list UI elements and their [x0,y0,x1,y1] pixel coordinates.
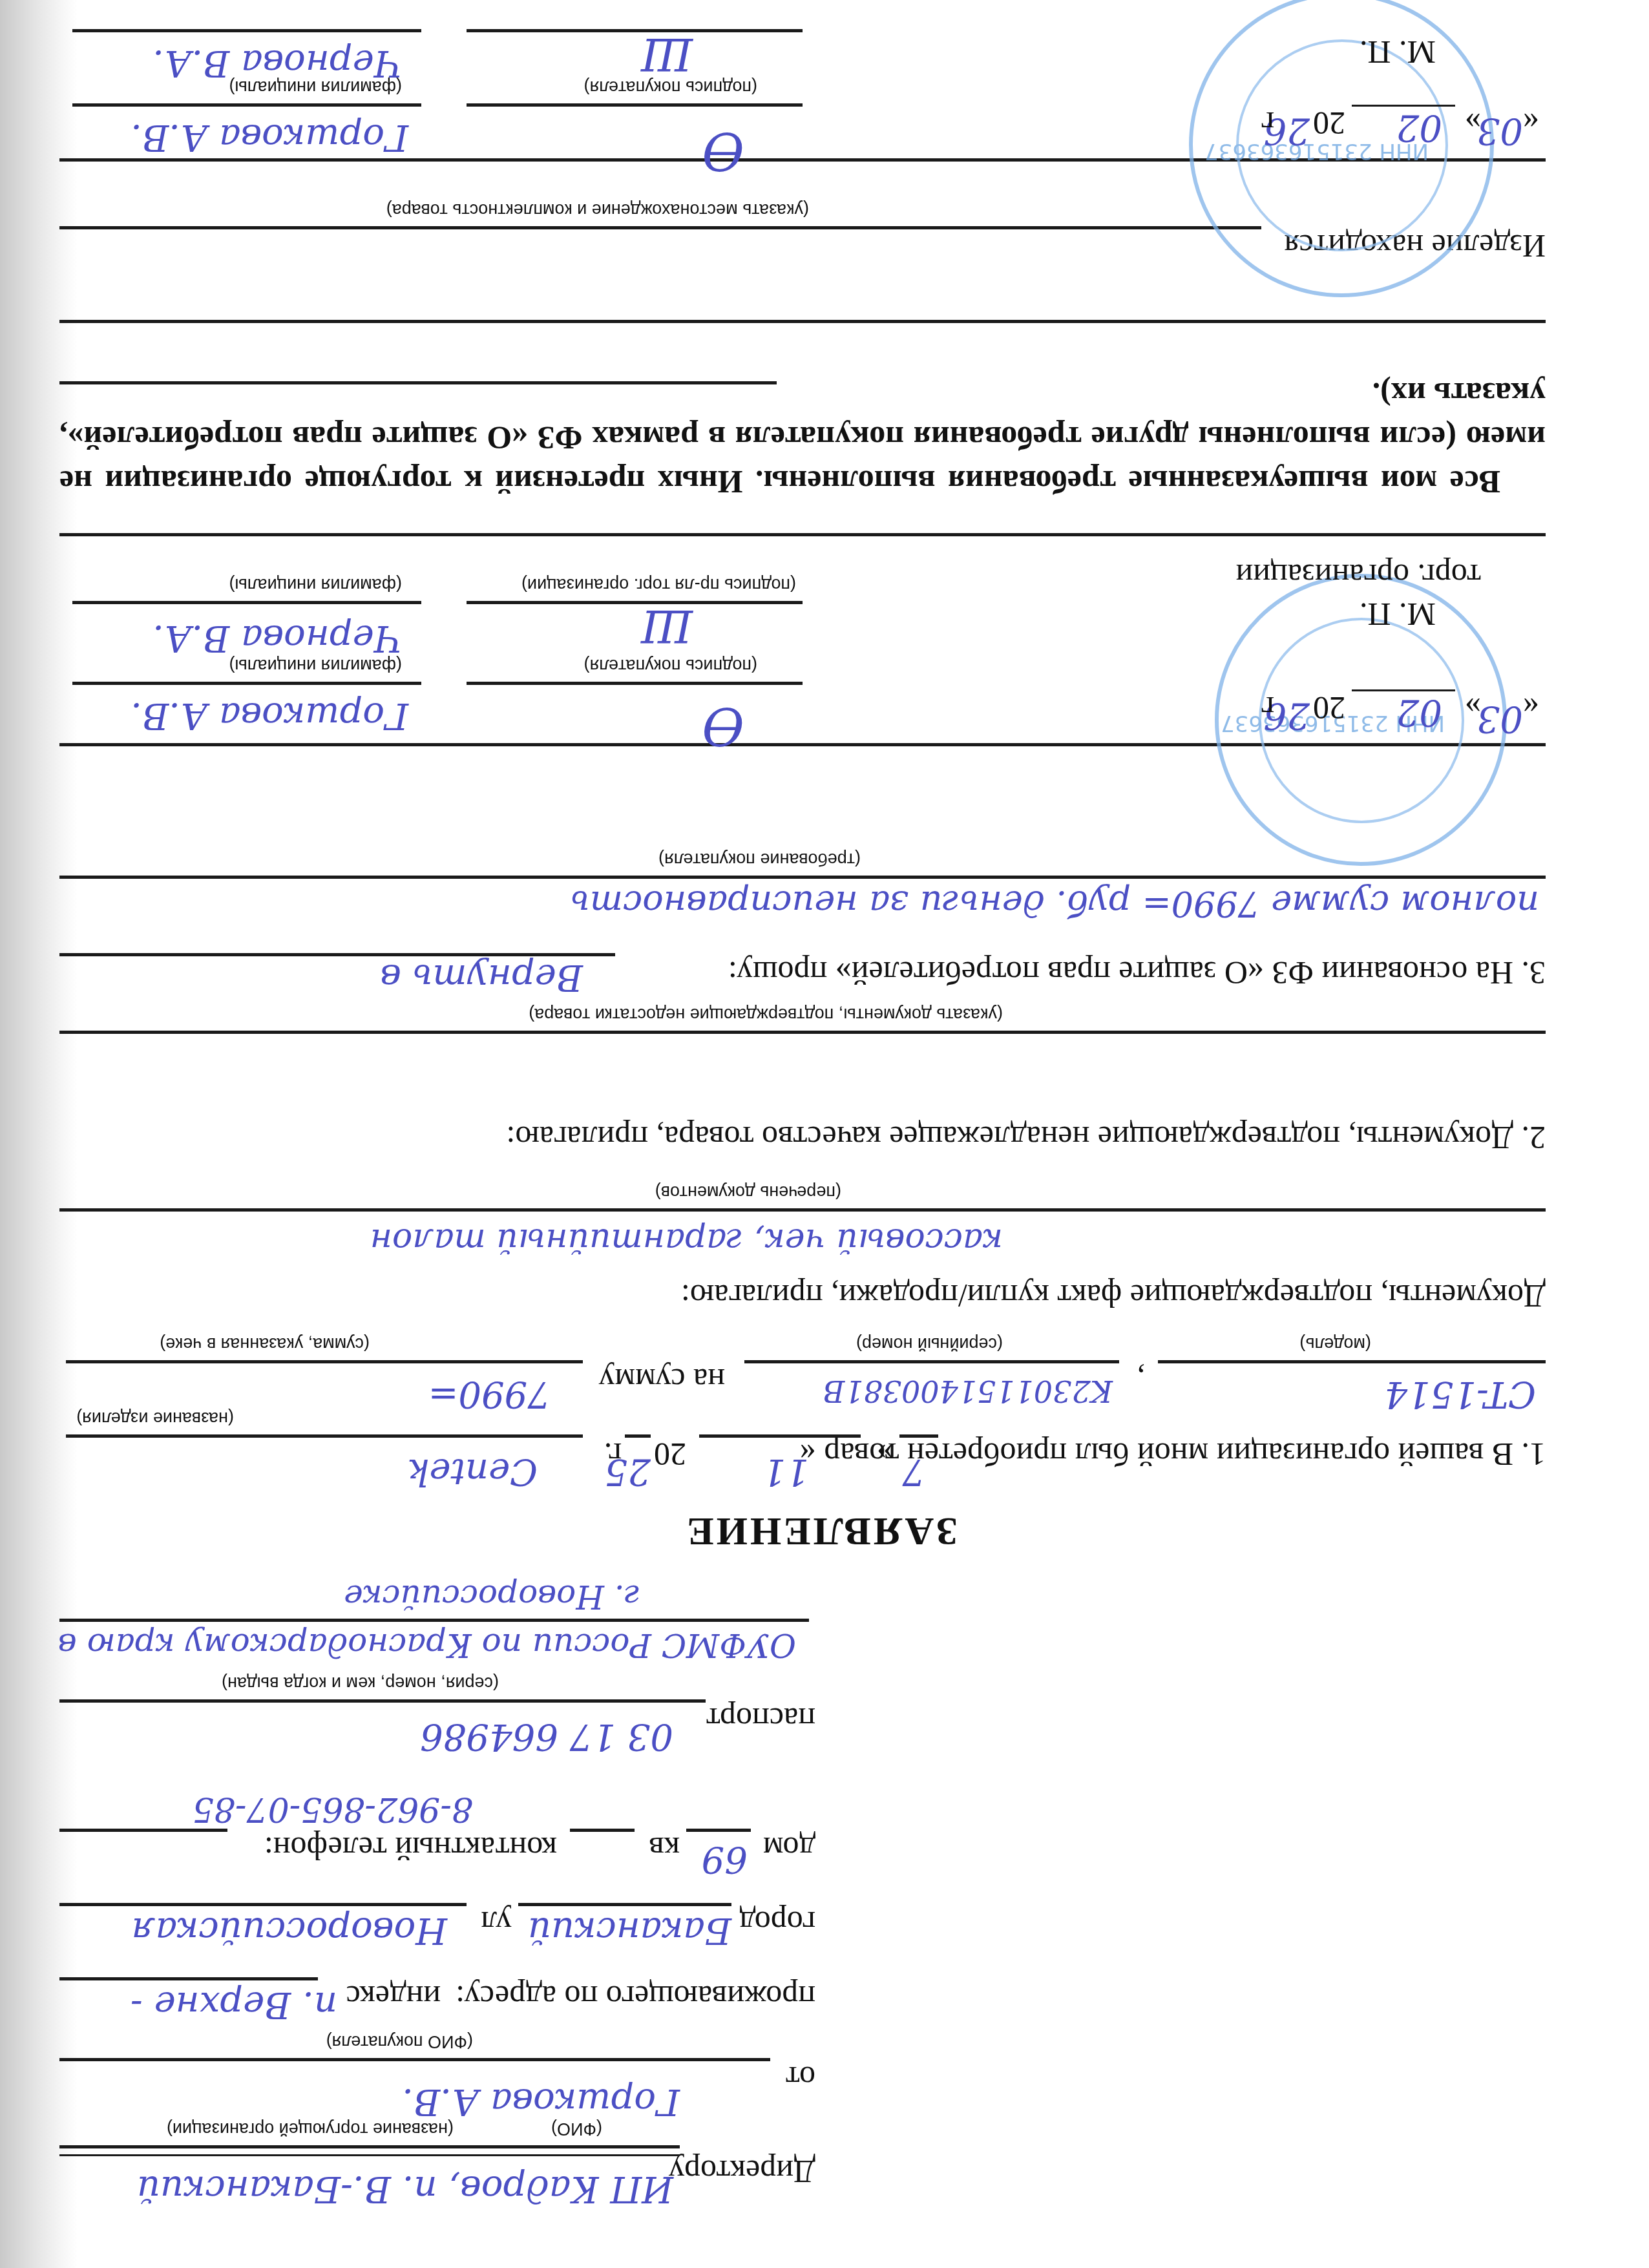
claim-form-page-overlay: М. П. Ш Чернова В.А. [0,0,1649,2268]
sig2-mp: М. П. [1360,34,1436,71]
sig2-seller-name-line [72,29,421,32]
sig2-seller-signature: Ш [641,28,693,81]
sig2-seller-name: Чернова В.А. [152,42,402,84]
sig2-seller-sign-line [467,29,803,32]
